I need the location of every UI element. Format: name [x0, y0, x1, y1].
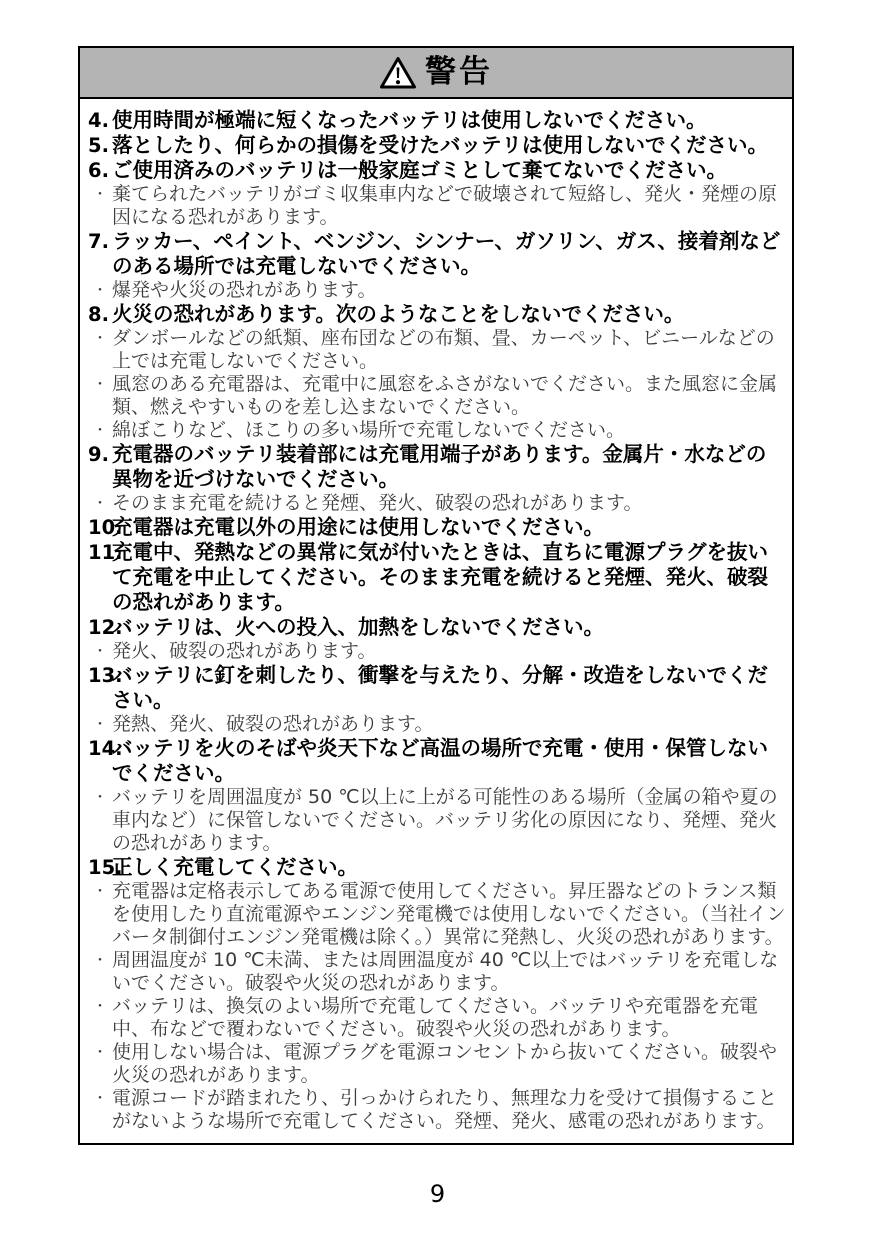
bullet-marker: ・: [93, 996, 107, 1019]
warning-item: 11. 充電中、発熱などの異常に気が付いたときは、直ちに電源プラグを抜いて充電を…: [86, 540, 786, 615]
warning-item: ・ 電源コードが踏まれたり、引っかけられたり、無理な力を受けて損傷することがない…: [86, 1087, 786, 1133]
warning-item: 5. 落としたり、何らかの損傷を受けたバッテリは使用しないでください。: [86, 133, 786, 158]
item-text: ラッカー、ペイント、ベンジン、シンナー、ガソリン、ガス、接着剤などのある場所では…: [112, 229, 780, 278]
warning-item: 14. バッテリを火のそばや炎天下など高温の場所で充電・使用・保管しないでくださ…: [86, 736, 786, 786]
item-number: 6.: [88, 158, 109, 183]
warning-item: 9. 充電器のバッテリ装着部には充電用端子があります。金属片・水などの異物を近づ…: [86, 442, 786, 492]
warning-title: 警告: [425, 57, 493, 88]
warning-item: 15. 正しく充電してください。: [86, 855, 786, 880]
item-text: 充電中、発熱などの異常に気が付いたときは、直ちに電源プラグを抜いて充電を中止して…: [112, 540, 768, 614]
bullet-marker: ・: [93, 280, 107, 303]
warning-item: 7. ラッカー、ペイント、ベンジン、シンナー、ガソリン、ガス、接着剤などのある場…: [86, 229, 786, 279]
warning-item: 12. バッテリは、火への投入、加熱をしないでください。: [86, 615, 786, 640]
item-number: 9.: [88, 442, 109, 467]
bullet-marker: ・: [93, 714, 107, 737]
item-number: 11.: [88, 540, 123, 565]
item-text: バッテリは、換気のよい場所で充電してください。バッテリや充電器を充電中、布などで…: [112, 995, 758, 1040]
bullet-marker: ・: [93, 641, 107, 664]
warning-item: ・ 風窓のある充電器は、充電中に風窓をふさがないでください。また風窓に金属類、燃…: [86, 373, 786, 419]
bullet-marker: ・: [93, 787, 107, 810]
warning-item: ・ 周囲温度が 10 ℃未満、または周囲温度が 40 ℃以上ではバッテリを充電し…: [86, 949, 786, 995]
item-text: 発火、破裂の恐れがあります。: [112, 640, 376, 662]
item-number: 12.: [88, 615, 123, 640]
warning-item: 8. 火災の恐れがあります。次のようなことをしないでください。: [86, 302, 786, 327]
item-text: 使用時間が極端に短くなったバッテリは使用しないでください。: [112, 108, 707, 132]
warning-item: ・ 棄てられたバッテリがゴミ収集車内などで破壊されて短絡し、発火・発煙の原因にな…: [86, 183, 786, 229]
item-number: 14.: [88, 736, 123, 761]
warning-item: ・ 使用しない場合は、電源プラグを電源コンセントから抜いてください。破裂や火災の…: [86, 1041, 786, 1087]
bullet-marker: ・: [93, 950, 107, 973]
warning-item: ・ 発火、破裂の恐れがあります。: [86, 640, 786, 663]
item-number: 8.: [88, 302, 109, 327]
warning-item: ・ バッテリは、換気のよい場所で充電してください。バッテリや充電器を充電中、布な…: [86, 995, 786, 1041]
warning-header: 警告: [80, 48, 792, 99]
item-text: ダンボールなどの紙類、座布団などの布類、畳、カーペット、ビニールなどの上では充電…: [112, 327, 775, 372]
item-text: バッテリを火のそばや炎天下など高温の場所で充電・使用・保管しないでください。: [112, 736, 768, 785]
item-number: 4.: [88, 108, 109, 133]
item-text: そのまま充電を続けると発煙、発火、破裂の恐れがあります。: [112, 492, 642, 514]
bullet-marker: ・: [93, 1042, 107, 1065]
bullet-marker: ・: [93, 328, 107, 351]
warning-item: ・ ダンボールなどの紙類、座布団などの布類、畳、カーペット、ビニールなどの上では…: [86, 327, 786, 373]
item-text: 綿ぼこりなど、ほこりの多い場所で充電しないでください。: [112, 419, 625, 441]
warning-item: 13. バッテリに釘を刺したり、衝撃を与えたり、分解・改造をしないでください。: [86, 663, 786, 713]
item-number: 10.: [88, 515, 123, 540]
warning-list: 4. 使用時間が極端に短くなったバッテリは使用しないでください。 5. 落とした…: [80, 99, 792, 1143]
item-text: 電源コードが踏まれたり、引っかけられたり、無理な力を受けて損傷することがないよう…: [112, 1087, 777, 1132]
warning-item: 4. 使用時間が極端に短くなったバッテリは使用しないでください。: [86, 108, 786, 133]
item-number: 7.: [88, 229, 109, 254]
item-text: 正しく充電してください。: [112, 855, 358, 879]
warning-box: 警告 4. 使用時間が極端に短くなったバッテリは使用しないでください。 5. 落…: [78, 46, 794, 1145]
item-text: 火災の恐れがあります。次のようなことをしないでください。: [112, 302, 684, 326]
item-text: 風窓のある充電器は、充電中に風窓をふさがないでください。また風窓に金属類、燃えや…: [112, 373, 777, 418]
warning-item: ・ バッテリを周囲温度が 50 ℃以上に上がる可能性のある場所（金属の箱や夏の車…: [86, 786, 786, 855]
item-text: 爆発や火災の恐れがあります。: [112, 279, 376, 301]
item-text: ご使用済みのバッテリは一般家庭ゴミとして棄てないでください。: [112, 158, 727, 182]
item-text: 落としたり、何らかの損傷を受けたバッテリは使用しないでください。: [112, 133, 768, 157]
item-text: 棄てられたバッテリがゴミ収集車内などで破壊されて短絡し、発火・発煙の原因になる恐…: [112, 183, 777, 228]
warning-item: ・ 充電器は定格表示してある電源で使用してください。昇圧器などのトランス類を使用…: [86, 880, 786, 949]
warning-item: ・ そのまま充電を続けると発煙、発火、破裂の恐れがあります。: [86, 492, 786, 515]
item-text: 使用しない場合は、電源プラグを電源コンセントから抜いてください。破裂や火災の恐れ…: [112, 1041, 777, 1086]
item-number: 13.: [88, 663, 123, 688]
bullet-marker: ・: [93, 184, 107, 207]
item-number: 5.: [88, 133, 109, 158]
bullet-marker: ・: [93, 881, 107, 904]
warning-item: ・ 綿ぼこりなど、ほこりの多い場所で充電しないでください。: [86, 419, 786, 442]
item-text: バッテリに釘を刺したり、衝撃を与えたり、分解・改造をしないでください。: [112, 663, 768, 712]
warning-item: ・ 発熱、発火、破裂の恐れがあります。: [86, 713, 786, 736]
item-text: 充電器は定格表示してある電源で使用してください。昇圧器などのトランス類を使用した…: [112, 880, 786, 948]
item-text: バッテリは、火への投入、加熱をしないでください。: [112, 615, 604, 639]
bullet-marker: ・: [93, 493, 107, 516]
item-text: バッテリを周囲温度が 50 ℃以上に上がる可能性のある場所（金属の箱や夏の車内な…: [112, 786, 778, 854]
item-text: 発熱、発火、破裂の恐れがあります。: [112, 713, 433, 735]
warning-item: 10. 充電器は充電以外の用途には使用しないでください。: [86, 515, 786, 540]
warning-triangle-icon: [379, 56, 417, 90]
item-text: 充電器は充電以外の用途には使用しないでください。: [112, 515, 604, 539]
bullet-marker: ・: [93, 374, 107, 397]
item-text: 周囲温度が 10 ℃未満、または周囲温度が 40 ℃以上ではバッテリを充電しない…: [112, 949, 778, 994]
warning-item: 6. ご使用済みのバッテリは一般家庭ゴミとして棄てないでください。: [86, 158, 786, 183]
item-number: 15.: [88, 855, 123, 880]
bullet-marker: ・: [93, 420, 107, 443]
page-number: 9: [0, 1180, 875, 1208]
warning-item: ・ 爆発や火災の恐れがあります。: [86, 279, 786, 302]
item-text: 充電器のバッテリ装着部には充電用端子があります。金属片・水などの異物を近づけない…: [112, 442, 766, 491]
bullet-marker: ・: [93, 1088, 107, 1111]
